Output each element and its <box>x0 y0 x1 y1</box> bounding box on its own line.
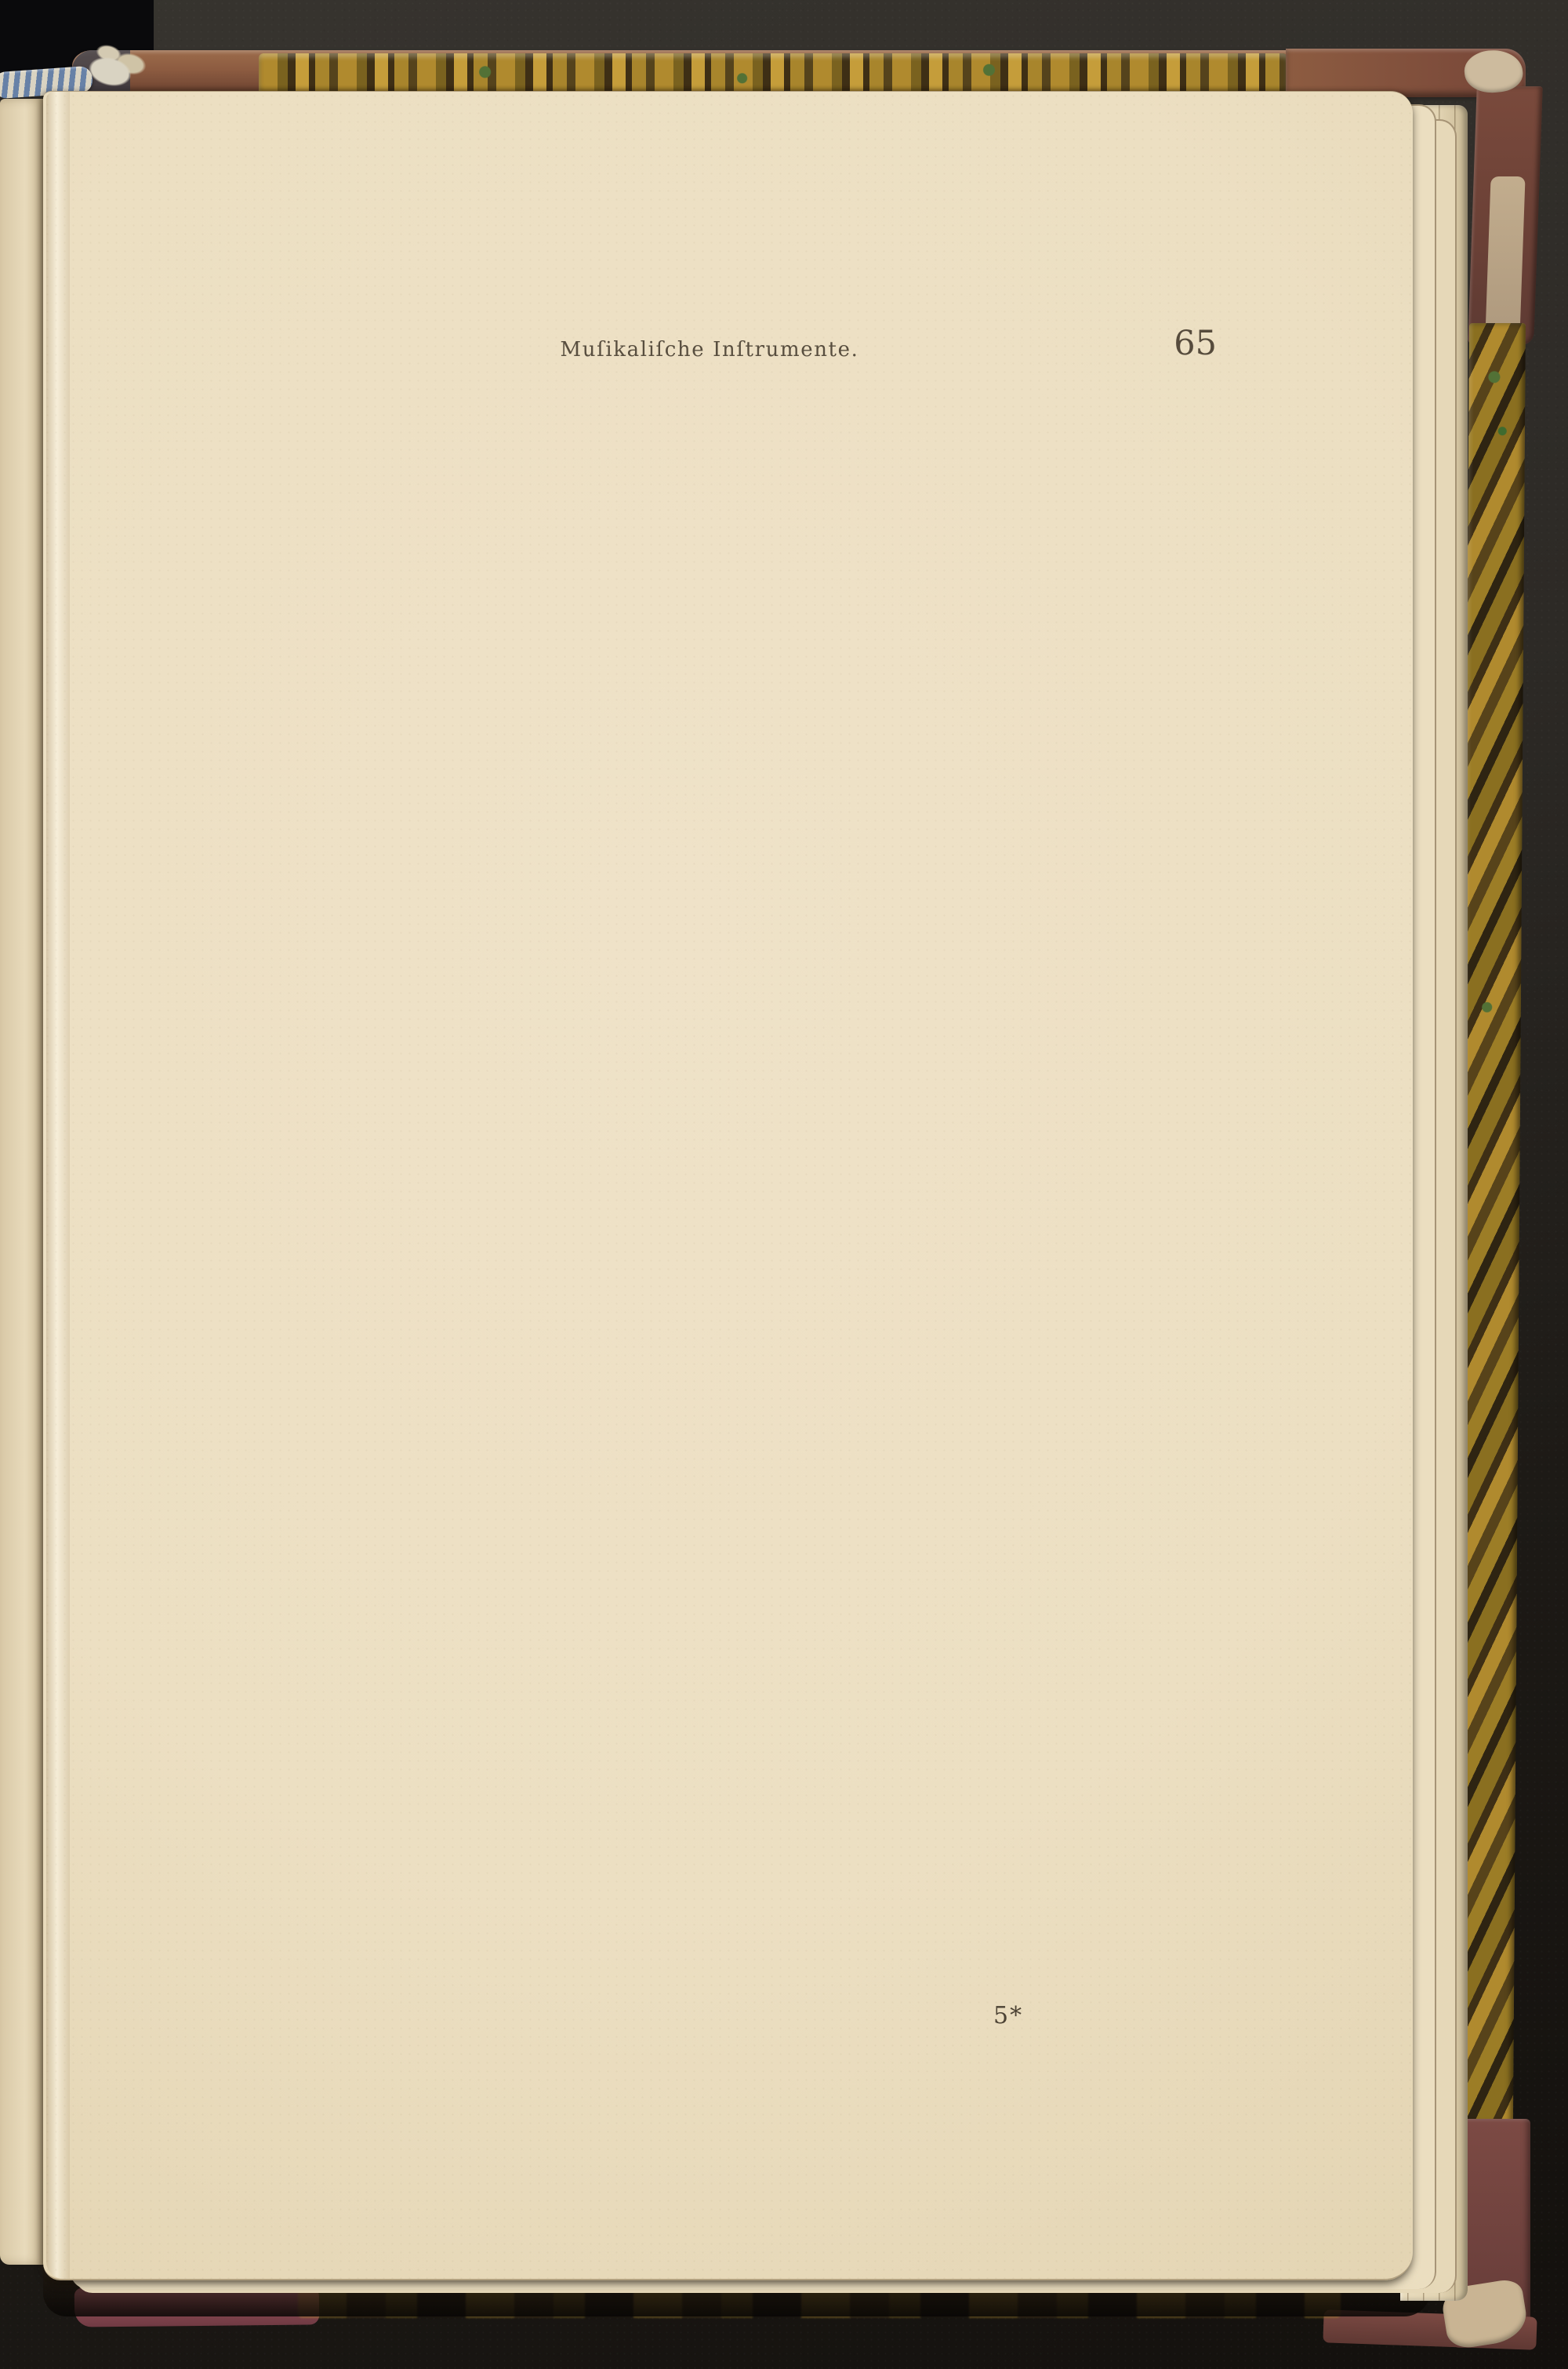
photo-backdrop: Muſikaliſche Inſtrumente. 65 dem Mundſtü… <box>0 0 1568 2369</box>
worn-streak-right <box>1485 176 1525 337</box>
paper-grain <box>43 92 1413 2279</box>
book-page: Muſikaliſche Inſtrumente. 65 dem Mundſtü… <box>43 91 1413 2280</box>
top-edge-marbling <box>259 53 1287 95</box>
gutter-page-edge <box>0 99 45 2265</box>
signature-mark: 5* <box>993 2002 1023 2029</box>
page-number: 65 <box>202 324 1217 363</box>
